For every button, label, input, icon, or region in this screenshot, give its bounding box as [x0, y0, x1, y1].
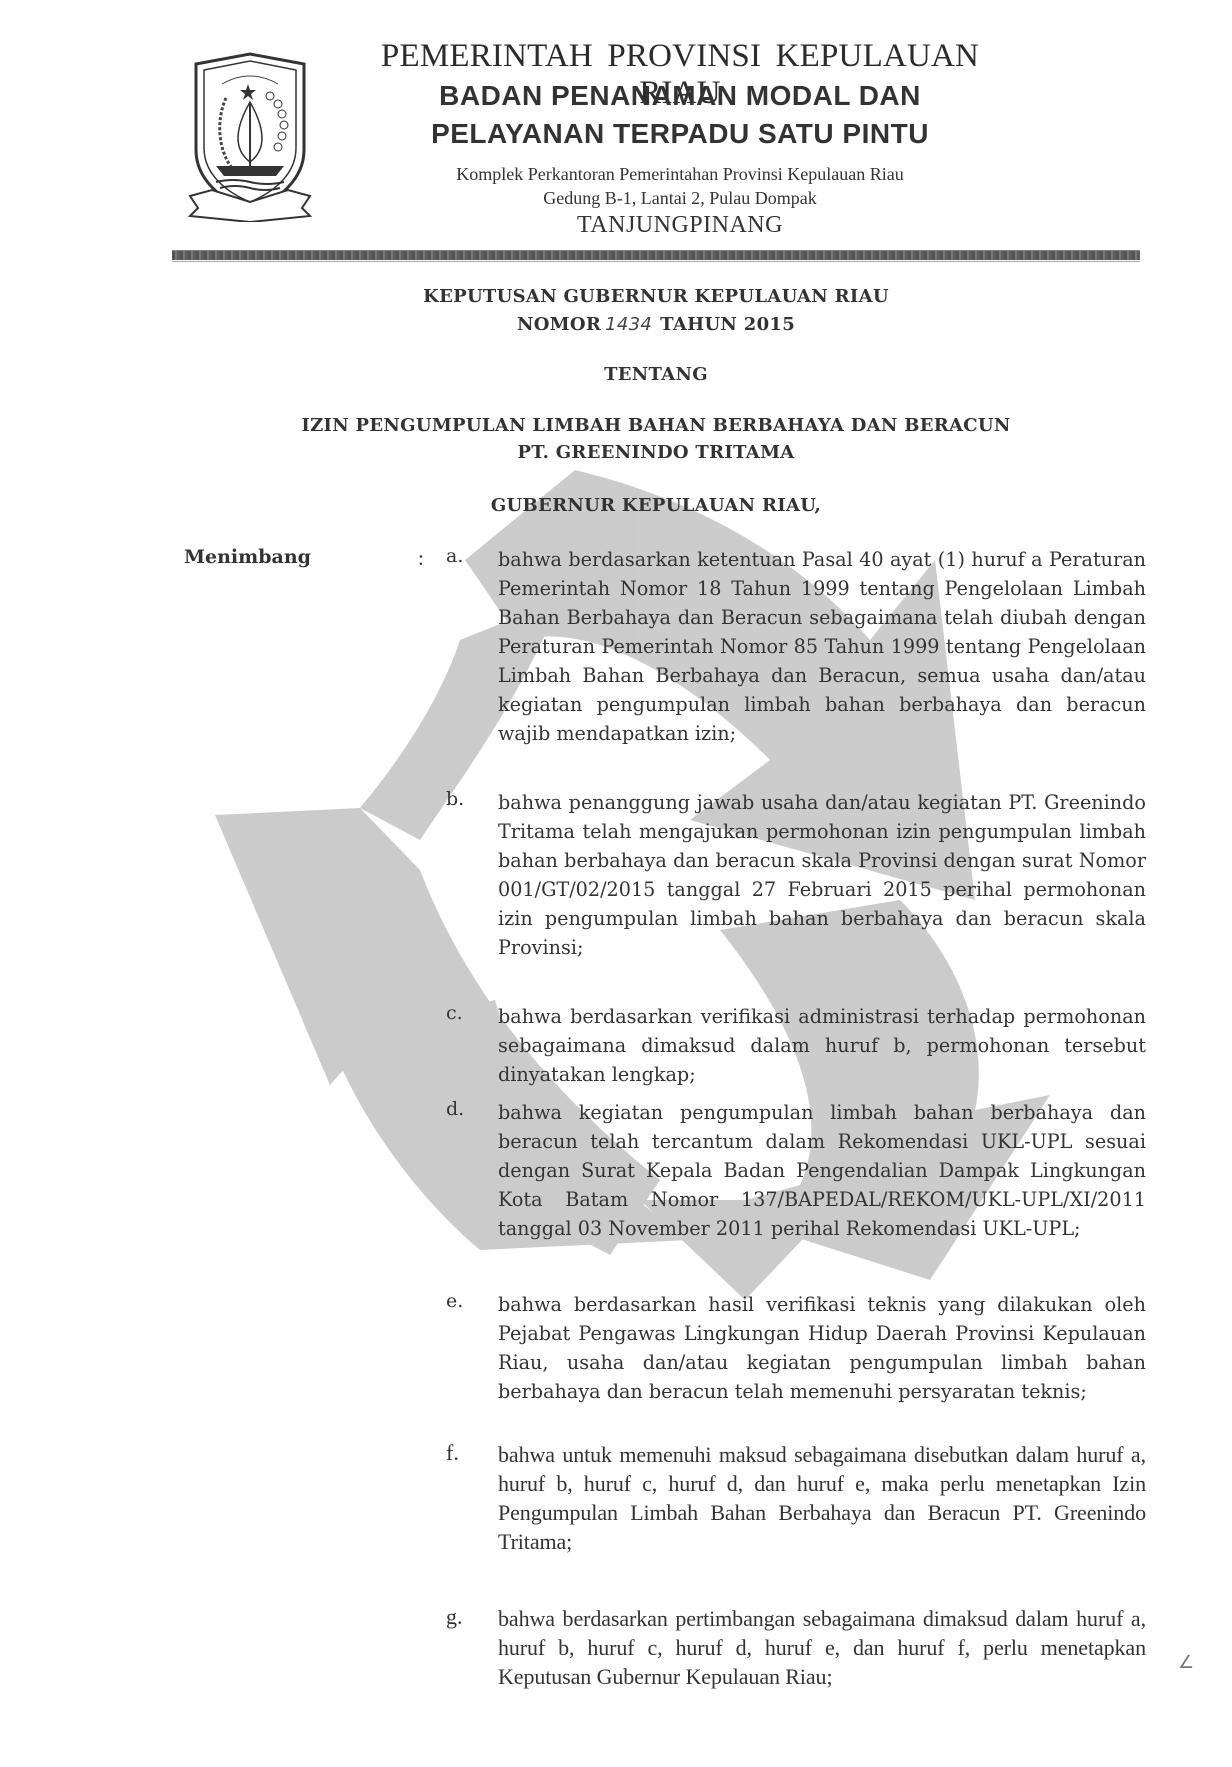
considerations-colon: : — [418, 546, 424, 571]
item-text: bahwa berdasarkan pertimbangan sebagaima… — [498, 1604, 1146, 1691]
decree-subject-line2: PT. GREENINDO TRITAMA — [172, 442, 1140, 463]
decree-number-handwritten: 1434 — [605, 314, 652, 335]
decree-issuer: GUBERNUR KEPULAUAN RIAU, — [172, 495, 1140, 516]
item-letter: a. — [446, 545, 463, 567]
paraf-mark-icon: ∠ — [1178, 1652, 1194, 1673]
letterhead-divider — [172, 250, 1140, 260]
decree-subject-line1: IZIN PENGUMPULAN LIMBAH BAHAN BERBAHAYA … — [172, 415, 1140, 436]
item-text: bahwa kegiatan pengumpulan limbah bahan … — [498, 1098, 1146, 1243]
decree-number: NOMOR1434TAHUN 2015 — [172, 314, 1140, 335]
decree-number-prefix: NOMOR — [517, 314, 601, 335]
item-letter: c. — [446, 1002, 463, 1024]
item-text: bahwa penanggung jawab usaha dan/atau ke… — [498, 788, 1146, 962]
item-letter: e. — [446, 1290, 463, 1312]
item-letter: g. — [446, 1604, 463, 1630]
decree-about-label: TENTANG — [172, 364, 1140, 385]
item-text: bahwa berdasarkan ketentuan Pasal 40 aya… — [498, 545, 1146, 748]
letterhead-address-line1: Komplek Perkantoran Pemerintahan Provins… — [340, 164, 1020, 185]
letterhead-address-line2: Gedung B-1, Lantai 2, Pulau Dompak — [340, 188, 1020, 209]
item-text: bahwa untuk memenuhi maksud sebagaimana … — [498, 1440, 1146, 1556]
provincial-coat-of-arms-icon — [186, 50, 314, 222]
letterhead-city: TANJUNGPINANG — [340, 212, 1020, 239]
item-text: bahwa berdasarkan verifikasi administras… — [498, 1002, 1146, 1089]
coat-of-arms-logo — [186, 50, 314, 222]
item-text: bahwa berdasarkan hasil verifikasi tekni… — [498, 1290, 1146, 1406]
decree-year: TAHUN 2015 — [660, 314, 795, 335]
item-letter: b. — [446, 788, 464, 810]
decree-title: KEPUTUSAN GUBERNUR KEPULAUAN RIAU — [172, 286, 1140, 307]
item-letter: f. — [446, 1440, 459, 1466]
letterhead-agency-line2: PELAYANAN TERPADU SATU PINTU — [340, 118, 1020, 150]
considerations-label: Menimbang — [184, 546, 311, 568]
letterhead-agency-line1: BADAN PENANAMAN MODAL DAN — [340, 80, 1020, 112]
item-letter: d. — [446, 1098, 464, 1120]
